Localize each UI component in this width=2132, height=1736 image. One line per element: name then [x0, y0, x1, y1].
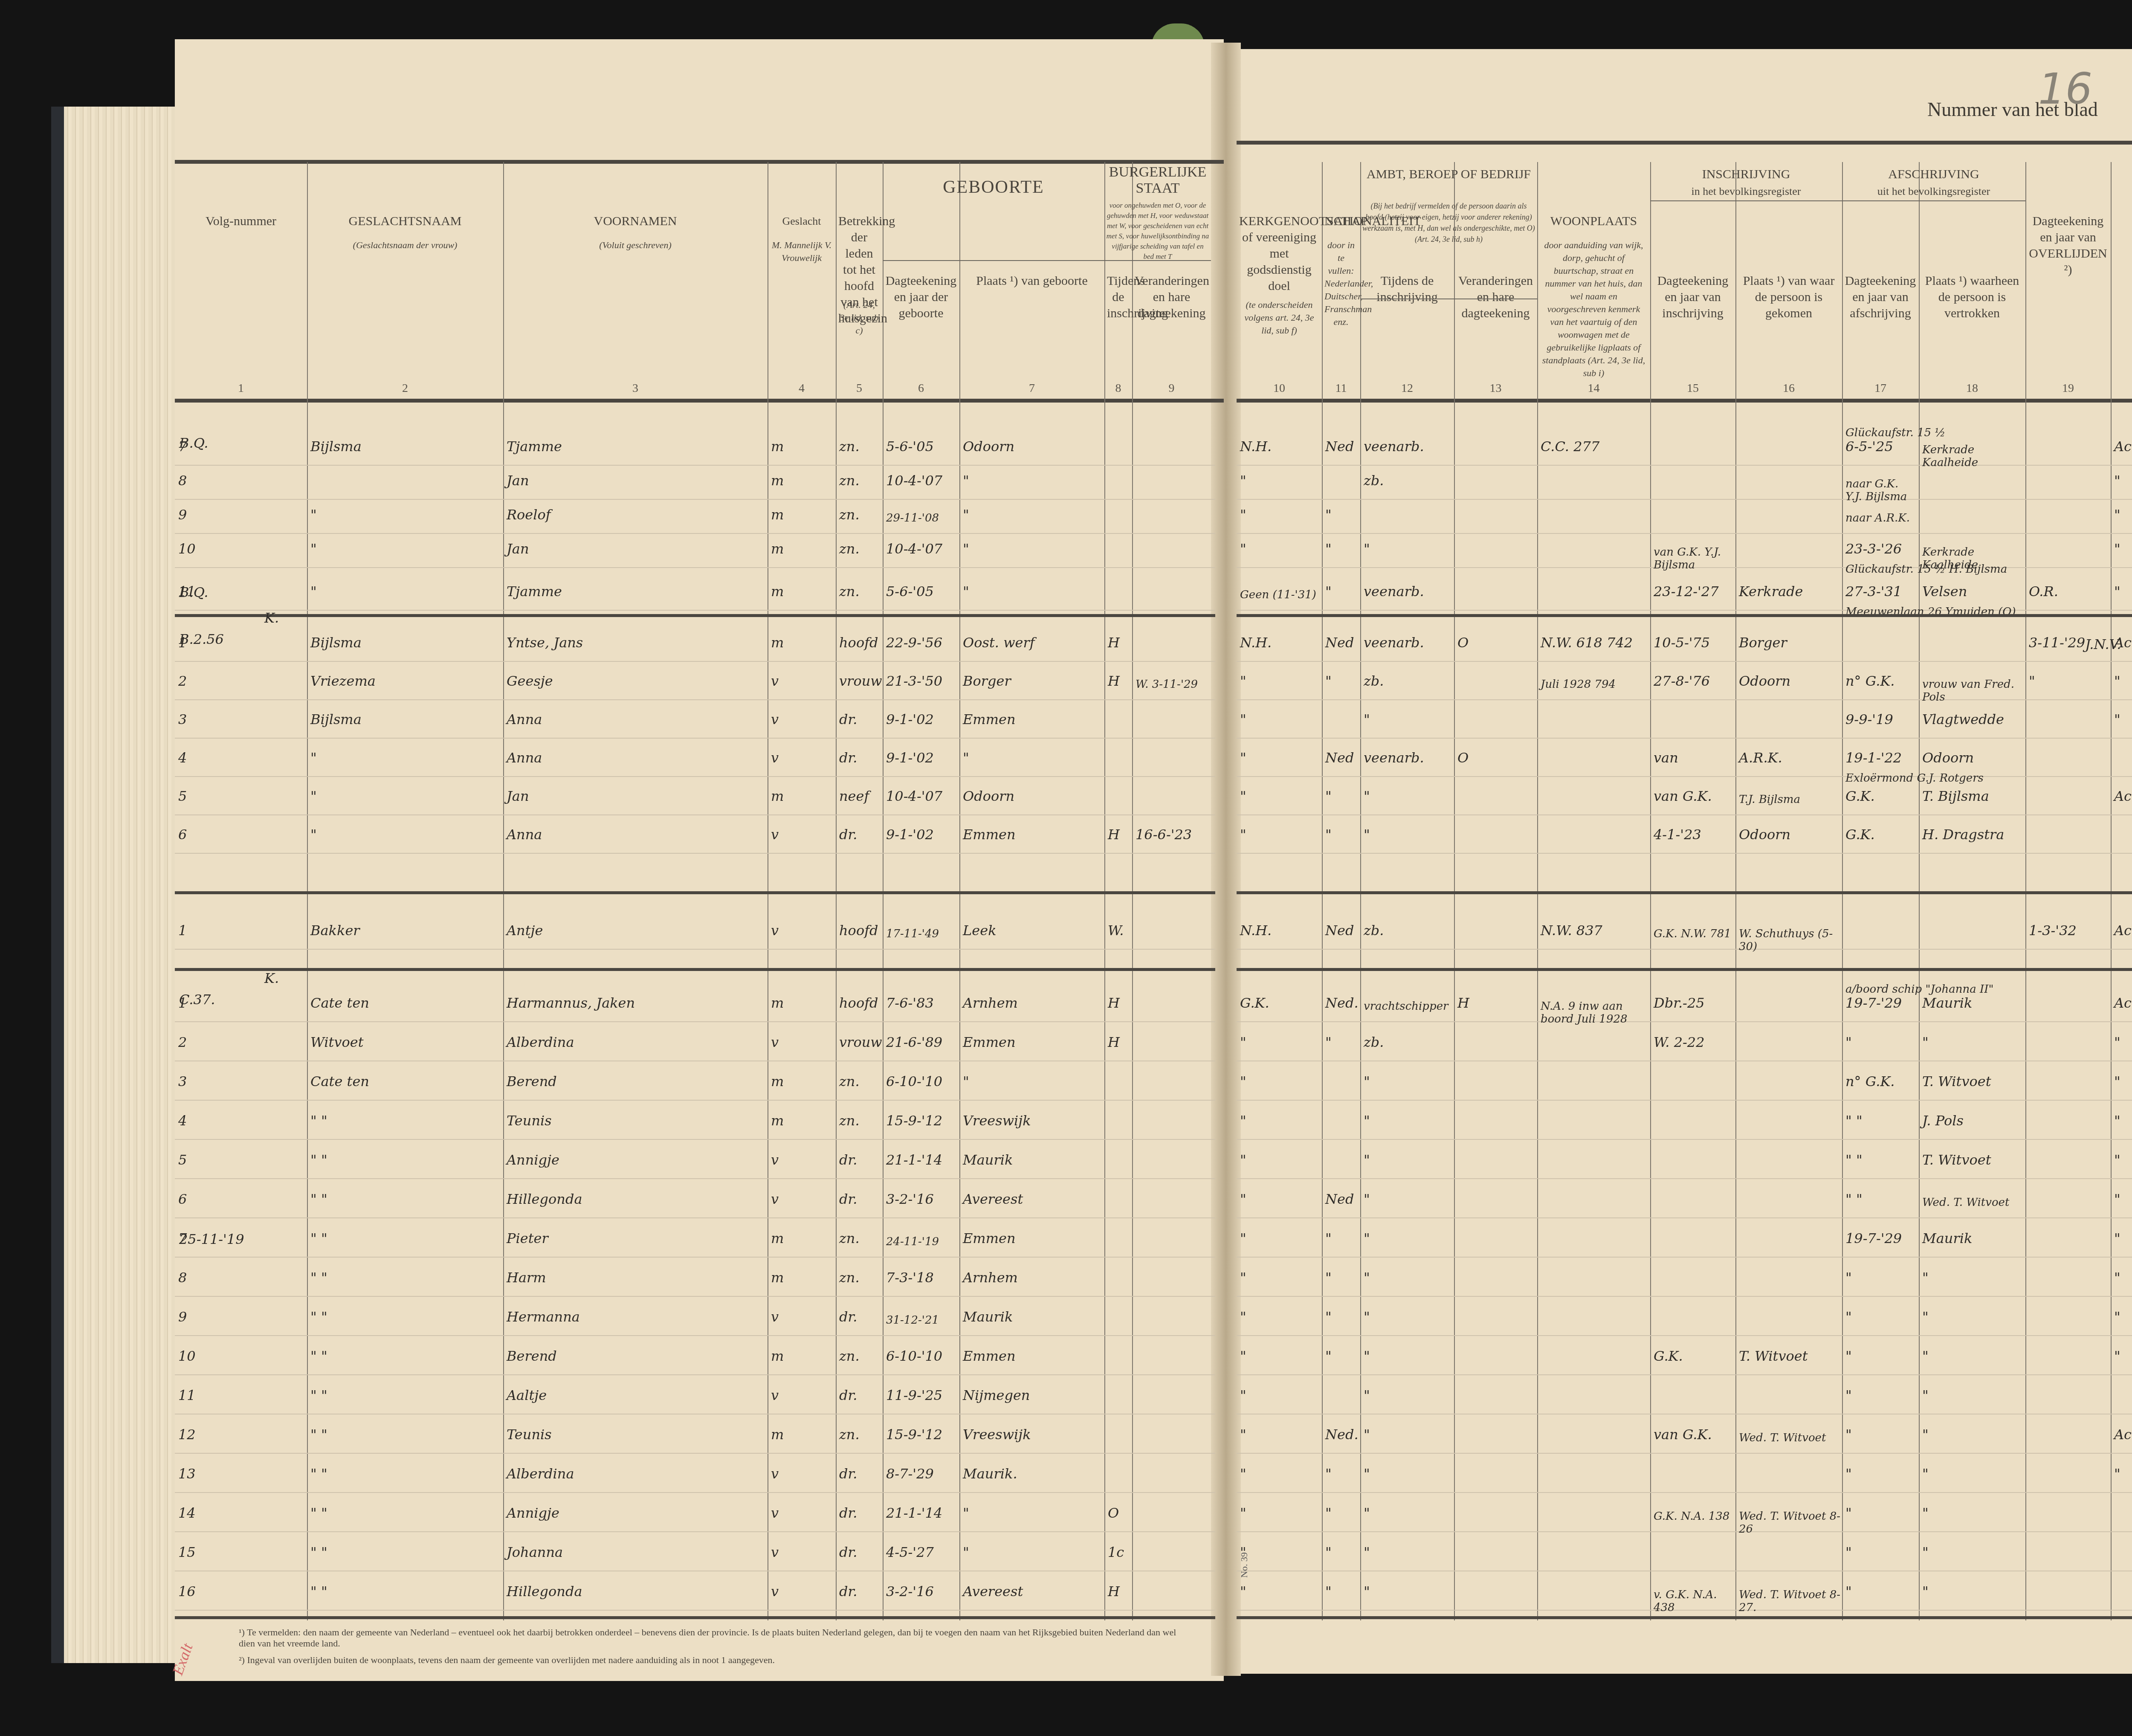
row-rule: [175, 1061, 1215, 1061]
cell-col-20: ": [2114, 1153, 2120, 1166]
row-rule: [1237, 949, 2132, 950]
cell-col-4: v: [771, 828, 779, 841]
cell-col-6: 29-11-'08: [886, 512, 939, 525]
cell-col-4: v: [771, 924, 779, 937]
cell-col-2: Cate ten: [310, 997, 369, 1009]
cell-col-18: ": [1922, 1507, 1929, 1519]
cell-col-1: 6: [178, 1193, 187, 1206]
cell-col-2: " ": [310, 1428, 327, 1441]
cell-col-12: ": [1364, 1075, 1370, 1088]
cell-col-4: m: [771, 1428, 784, 1441]
cell-col-4: m: [771, 997, 784, 1009]
cell-col-7: Maurik: [963, 1153, 1013, 1166]
cell-col-10: ": [1240, 1350, 1246, 1362]
cell-col-6: 15-9-'12: [886, 1114, 942, 1127]
row-rule: [175, 1335, 1215, 1336]
cell-col-6: 31-12-'21: [886, 1314, 939, 1327]
cell-col-10: ": [1240, 1036, 1246, 1049]
cell-col-5: dr.: [839, 751, 857, 764]
cell-col-12: ": [1364, 1585, 1370, 1598]
cell-col-7: ": [963, 542, 969, 555]
row-rule: [1237, 1178, 2132, 1179]
book-gutter: [1211, 43, 1241, 1676]
column-number: 16: [1735, 382, 1842, 395]
cell-col-6: 21-3-'50: [886, 675, 942, 687]
column-header-sub: (Art. 24, 5e lid): [2113, 239, 2132, 252]
cell-col-20: ": [2114, 713, 2120, 726]
cell-col-18: vrouw van Fred. Pols: [1922, 678, 2025, 704]
cell-col-3: Tjamme: [507, 440, 562, 453]
cell-col-17: 23-3-'26: [1845, 542, 1902, 555]
cell-col-20: Acc: [2114, 790, 2132, 803]
cell-col-7: ": [963, 474, 969, 487]
cell-col-18: ": [1922, 1389, 1929, 1402]
group-header-afschrijving: AFSCHRIJVING: [1842, 166, 2025, 183]
row-rule: [175, 499, 1215, 500]
cell-col-9: W. 3-11-'29: [1136, 678, 1198, 691]
cell-col-7: Emmen: [963, 713, 1016, 726]
cell-col-3: Roelof: [507, 508, 551, 521]
cell-note: Glückaufstr. 15 ½ H. Bijlsma: [1845, 563, 2007, 576]
cell-col-5: zn.: [839, 585, 860, 598]
cell-col-2: Bijlsma: [310, 713, 362, 726]
cell-col-5: dr.: [839, 713, 857, 726]
column-number: 11: [1322, 382, 1360, 395]
cell-col-16: Odoorn: [1739, 828, 1790, 841]
cell-col-2: Bakker: [310, 924, 360, 937]
row-rule: [175, 814, 1215, 815]
cell-col-2: ": [310, 828, 317, 841]
cell-col-5: hoofd: [839, 636, 878, 649]
cell-col-5: zn.: [839, 542, 860, 555]
cell-col-7: Emmen: [963, 1350, 1016, 1362]
cell-col-15: 4-1-'23: [1654, 828, 1701, 841]
cell-col-12: ": [1364, 1546, 1370, 1559]
cell-col-8: H: [1108, 1585, 1120, 1598]
cell-col-4: m: [771, 1232, 784, 1245]
cell-col-1: 10: [178, 1350, 196, 1362]
cell-col-4: m: [771, 585, 784, 598]
cell-col-4: v: [771, 713, 779, 726]
cell-col-16: A.R.K.: [1739, 751, 1782, 764]
cell-col-1: 7: [178, 440, 187, 453]
cell-col-4: m: [771, 508, 784, 521]
cell-col-7: Avereest: [963, 1193, 1023, 1206]
cell-col-1: 7: [178, 1232, 187, 1245]
cell-col-10: ": [1240, 1232, 1246, 1245]
cell-col-17: ": [1845, 1467, 1852, 1480]
row-rule: [175, 1492, 1215, 1493]
cell-col-3: Hermanna: [507, 1310, 580, 1323]
cell-col-17: 19-7-'29: [1845, 1232, 1902, 1245]
column-header-label: Geslacht: [770, 213, 833, 229]
cell-col-11: ": [1325, 828, 1332, 841]
cell-col-2: Cate ten: [310, 1075, 369, 1088]
row-rule: [175, 949, 1215, 950]
column-header-label: VOORNAMEN: [506, 213, 765, 229]
cell-col-3: Anna: [507, 828, 542, 841]
cell-col-10: N.H.: [1240, 924, 1272, 937]
cell-col-10: ": [1240, 1428, 1246, 1441]
cell-col-4: v: [771, 1310, 779, 1323]
cell-col-6: 9-1-'02: [886, 828, 934, 841]
column-number: 12: [1360, 382, 1454, 395]
cell-col-15: 10-5-'75: [1654, 636, 1710, 649]
cell-col-5: hoofd: [839, 924, 878, 937]
row-rule: [1237, 1021, 2132, 1022]
cell-col-16: Borger: [1739, 636, 1787, 649]
cell-col-20: Acc: [2114, 924, 2132, 937]
cell-col-10: ": [1240, 1193, 1246, 1206]
column-header-label: WOONPLAATS: [1540, 213, 1648, 229]
household-letter: K.: [264, 970, 279, 986]
cell-col-18: ": [1922, 1310, 1929, 1323]
cell-col-12: ": [1364, 1467, 1370, 1480]
cell-col-1: 10: [178, 542, 196, 555]
row-rule: [1237, 661, 2132, 662]
cell-col-7: Odoorn: [963, 440, 1014, 453]
cell-col-6: 21-1-'14: [886, 1153, 942, 1166]
cell-col-6: 5-6-'05: [886, 440, 934, 453]
cell-col-17: ": [1845, 1271, 1852, 1284]
cell-col-1: 5: [178, 790, 187, 803]
cell-col-15: van: [1654, 751, 1678, 764]
cell-col-10: ": [1240, 1153, 1246, 1166]
cell-col-7: ": [963, 508, 969, 521]
household-letter: K.: [264, 610, 279, 626]
cell-col-2: ": [310, 790, 317, 803]
cell-col-3: Antje: [507, 924, 543, 937]
cell-col-8: H: [1108, 675, 1120, 687]
column-number: 3: [503, 382, 768, 395]
column-header-label: Veranderingen en hare dagteekening: [1457, 273, 1535, 322]
cell-col-6: 3-2-'16: [886, 1193, 934, 1206]
table-bottom-rule: [1237, 1616, 2132, 1619]
cell-col-1: 12: [178, 1428, 196, 1441]
cell-col-6: 6-10-'10: [886, 1350, 942, 1362]
cell-col-18: Kerkrade Kaalheide: [1922, 443, 2025, 469]
cell-col-10: N.H.: [1240, 636, 1272, 649]
cell-col-10: Geen (11-'31): [1240, 588, 1316, 601]
cell-col-10: ": [1240, 474, 1246, 487]
cell-col-20: ": [2114, 1310, 2120, 1323]
cell-col-11: ": [1325, 1232, 1332, 1245]
cell-col-2: " ": [310, 1507, 327, 1519]
household-separator: [1237, 614, 2132, 617]
cell-col-4: m: [771, 1350, 784, 1362]
row-rule: [1237, 533, 2132, 534]
row-rule: [1237, 1414, 2132, 1414]
cell-col-18: ": [1922, 1428, 1929, 1441]
cell-col-5: dr.: [839, 1193, 857, 1206]
cell-col-2: " ": [310, 1546, 327, 1559]
cell-col-10: ": [1240, 1271, 1246, 1284]
cell-col-7: ": [963, 751, 969, 764]
group-header-inschrijving: INSCHRIJVING: [1650, 166, 1842, 183]
cell-col-11: ": [1325, 1585, 1332, 1598]
cell-col-5: zn.: [839, 1232, 860, 1245]
column-header-label: Volg-nummer: [177, 213, 304, 229]
cell-col-2: " ": [310, 1232, 327, 1245]
cell-col-12: ": [1364, 1271, 1370, 1284]
cell-col-18: ": [1922, 1467, 1929, 1480]
cell-col-17: 6-5-'25: [1845, 440, 1893, 453]
cell-col-17: 9-9-'19: [1845, 713, 1893, 726]
cell-col-11: ": [1325, 1350, 1332, 1362]
cell-col-12: vrachtschipper: [1364, 1000, 1448, 1013]
cell-col-17: 27-3-'31: [1845, 585, 1902, 598]
cell-col-18: Vlagtwedde: [1922, 713, 2004, 726]
cell-col-3: Geesje: [507, 675, 553, 687]
cell-col-6: 9-1-'02: [886, 713, 934, 726]
cell-col-18: ": [1922, 1036, 1929, 1049]
cell-col-11: ": [1325, 675, 1332, 687]
cell-col-12: ": [1364, 542, 1370, 555]
cell-col-4: m: [771, 440, 784, 453]
cell-col-3: Anna: [507, 713, 542, 726]
cell-note: Exloërmond G.J. Rotgers: [1845, 772, 1984, 785]
cell-col-8: 1c: [1108, 1546, 1124, 1559]
cell-col-7: Maurik: [963, 1310, 1013, 1323]
cell-col-2: " ": [310, 1193, 327, 1206]
cell-col-4: m: [771, 1075, 784, 1088]
cell-col-1: 2: [178, 1036, 187, 1049]
cell-col-17: naar G.K. Y.J. Bijlsma: [1845, 478, 1918, 503]
cell-col-14: N.A. 9 inw aan boord Juli 1928: [1541, 1000, 1649, 1026]
cell-col-5: zn.: [839, 508, 860, 521]
column-number: 6: [883, 382, 959, 395]
column-header-sub: (Voluit geschreven): [506, 239, 765, 252]
row-rule: [175, 699, 1215, 700]
cell-col-2: Bijlsma: [310, 440, 362, 453]
row-rule: [1237, 738, 2132, 739]
row-rule: [175, 776, 1215, 777]
cell-col-12: ": [1364, 1428, 1370, 1441]
column-header-label: Dagteekening en jaar van OVERLIJDEN ²): [2028, 213, 2108, 278]
table-bottom-rule: [175, 1616, 1215, 1619]
cell-col-3: Harmannus, Jaken: [507, 997, 635, 1009]
cell-col-1: 3: [178, 1075, 187, 1088]
cell-col-4: m: [771, 636, 784, 649]
cell-col-8: H: [1108, 1036, 1120, 1049]
cell-col-5: dr.: [839, 1507, 857, 1519]
row-rule: [1237, 499, 2132, 500]
cell-col-1: 5: [178, 1153, 187, 1166]
cell-col-3: Harm: [507, 1271, 546, 1284]
cell-col-18: H. Dragstra: [1922, 828, 2004, 841]
column-header-label: Plaats ¹) van geboorte: [962, 273, 1102, 289]
cell-col-5: dr.: [839, 1546, 857, 1559]
cell-col-11: ": [1325, 1546, 1332, 1559]
group-rule: [883, 260, 1104, 261]
cell-col-11: Ned: [1325, 924, 1354, 937]
cell-col-1: 8: [178, 1271, 187, 1284]
footnote-2: ²) Ingeval van overlijden buiten de woon…: [239, 1655, 1177, 1666]
cell-col-7: Maurik.: [963, 1467, 1017, 1480]
cell-col-12: ": [1364, 1350, 1370, 1362]
cell-col-20: ": [2114, 474, 2120, 487]
cell-col-12: zb.: [1364, 924, 1384, 937]
column-number: 20: [2111, 382, 2132, 395]
cell-col-15: 27-8-'76: [1654, 675, 1710, 687]
cell-col-3: Jan: [507, 542, 529, 555]
column-header-label: AANMERKINGEN: [2113, 213, 2132, 229]
cell-col-7: Avereest: [963, 1585, 1023, 1598]
row-rule: [1237, 1100, 2132, 1101]
cell-col-7: ": [963, 1507, 969, 1519]
cell-col-11: ": [1325, 790, 1332, 803]
cell-col-10: ": [1240, 828, 1246, 841]
cell-col-5: dr.: [839, 1389, 857, 1402]
sheet-number-pencil: 16: [2038, 64, 2092, 114]
row-rule: [1237, 1139, 2132, 1140]
column-header-label: Veranderingen en hare dagteekening: [1135, 273, 1208, 322]
cell-col-6: 10-4-'07: [886, 790, 942, 803]
column-number: 5: [836, 382, 883, 395]
cell-col-7: Emmen: [963, 1036, 1016, 1049]
cell-col-7: Leek: [963, 924, 996, 937]
cell-col-1: 11: [178, 1389, 196, 1402]
cell-col-12: zb.: [1364, 675, 1384, 687]
row-rule: [175, 1374, 1215, 1375]
cell-col-17: ": [1845, 1310, 1852, 1323]
cell-col-1: 1: [178, 997, 187, 1009]
cell-col-3: Hillegonda: [507, 1193, 582, 1206]
cell-col-17: n° G.K.: [1845, 675, 1894, 687]
cell-col-4: m: [771, 1114, 784, 1127]
cell-col-12: ": [1364, 828, 1370, 841]
cell-col-20: ": [2114, 1350, 2120, 1362]
cell-col-2: " ": [310, 1467, 327, 1480]
cell-col-5: zn.: [839, 1271, 860, 1284]
cell-col-4: m: [771, 474, 784, 487]
cell-col-7: Emmen: [963, 828, 1016, 841]
column-header-sub: M. Mannelijk V. Vrouwelijk: [770, 239, 833, 264]
cell-note: a/boord schip "Johanna II": [1845, 983, 1993, 996]
cell-col-16: Wed. T. Witvoet: [1739, 1432, 1826, 1444]
column-number: 4: [768, 382, 836, 395]
cell-col-3: Aaltje: [507, 1389, 547, 1402]
cell-col-5: dr.: [839, 1585, 857, 1598]
row-rule: [175, 1296, 1215, 1297]
cell-col-18: Maurik: [1922, 1232, 1972, 1245]
column-number: 15: [1650, 382, 1735, 395]
cell-col-15: van G.K. Y.J. Bijlsma: [1654, 546, 1735, 571]
row-rule: [175, 1139, 1215, 1140]
cell-col-6: 22-9-'56: [886, 636, 942, 649]
cell-col-2: ": [310, 508, 317, 521]
row-rule: [175, 533, 1215, 534]
cell-col-13: O: [1457, 751, 1469, 764]
cell-col-18: T. Bijlsma: [1922, 790, 1989, 803]
cell-col-15: van G.K.: [1654, 790, 1712, 803]
column-header-label: Dagteekening en jaar van inschrijving: [1653, 273, 1733, 322]
cell-col-17: G.K.: [1845, 828, 1875, 841]
cell-col-7: Emmen: [963, 1232, 1016, 1245]
afschrijving-sub: uit het bevolkingsregister: [1842, 183, 2025, 200]
cell-col-11: Ned: [1325, 636, 1354, 649]
cell-col-5: dr.: [839, 1467, 857, 1480]
cell-col-15: Dbr.-25: [1654, 997, 1705, 1009]
cell-col-6: 8-7-'29: [886, 1467, 934, 1480]
row-rule: [175, 1178, 1215, 1179]
column-number: 7: [959, 382, 1104, 395]
group-header-burgerlijke-staat: BURGERLIJKE STAAT: [1104, 164, 1211, 197]
cell-col-6: 9-1-'02: [886, 751, 934, 764]
cell-col-10: ": [1240, 713, 1246, 726]
cell-col-1: 9: [178, 508, 187, 521]
cell-col-5: dr.: [839, 1310, 857, 1323]
cell-col-10: ": [1240, 508, 1246, 521]
group-rule: [1842, 200, 2025, 201]
row-margin-ref: 25-11-'19: [179, 1231, 244, 1247]
cell-col-11: ": [1325, 1310, 1332, 1323]
cell-col-2: " ": [310, 1585, 327, 1598]
household-separator: [1237, 891, 2132, 894]
cell-col-15: G.K. N.A. 138: [1654, 1510, 1729, 1523]
cell-col-1: 13: [178, 1467, 196, 1480]
cell-col-1: 1: [178, 924, 187, 937]
household-separator: [175, 891, 1215, 894]
cell-col-2: ": [310, 542, 317, 555]
cell-col-15: van G.K.: [1654, 1428, 1712, 1441]
cell-col-5: zn.: [839, 1075, 860, 1088]
column-header-label: Tijdens de inschrijving: [1107, 273, 1130, 322]
row-rule: [1237, 776, 2132, 777]
cell-col-12: ": [1364, 1507, 1370, 1519]
cell-col-6: 21-1-'14: [886, 1507, 942, 1519]
cell-note: Glückaufstr. 15 ½: [1845, 426, 1945, 439]
cell-col-17: ": [1845, 1507, 1852, 1519]
cell-col-12: ": [1364, 1310, 1370, 1323]
household-separator: [1237, 968, 2132, 971]
cell-col-1: 14: [178, 1507, 196, 1519]
cell-col-11: ": [1325, 1271, 1332, 1284]
column-header-sub: door aanduiding van wijk, dorp, gehucht …: [1540, 239, 1648, 380]
cell-col-16: Wed. T. Witvoet 8-26: [1739, 1510, 1841, 1536]
cell-col-3: Teunis: [507, 1114, 552, 1127]
cell-col-16: Wed. T. Witvoet 8-27.: [1739, 1588, 1841, 1614]
cell-col-7: ": [963, 585, 969, 598]
header-top-rule-right: [1237, 141, 2132, 145]
group-rule: [1650, 200, 1842, 201]
cell-col-1: 2: [178, 675, 187, 687]
cell-col-12: ": [1364, 1389, 1370, 1402]
row-rule: [1237, 853, 2132, 854]
form-stamp: No. 39: [1239, 1552, 1250, 1578]
cell-col-7: Nijmegen: [963, 1389, 1030, 1402]
cell-col-7: ": [963, 1546, 969, 1559]
cell-col-17: 19-7-'29: [1845, 997, 1902, 1009]
cell-col-7: Arnhem: [963, 997, 1018, 1009]
cell-col-20: ": [2114, 508, 2120, 521]
cell-col-18: ": [1922, 1546, 1929, 1559]
row-rule: [175, 738, 1215, 739]
row-rule: [1237, 1492, 2132, 1493]
cell-col-1: 16: [178, 1585, 196, 1598]
cell-col-7: Odoorn: [963, 790, 1014, 803]
burgerlijke-staat-note: voor ongehuwden met O, voor de gehuwden …: [1106, 200, 1209, 262]
cell-col-20: Acc: [2114, 997, 2132, 1009]
cell-col-3: Jan: [507, 790, 529, 803]
cell-col-15: G.K.: [1654, 1350, 1683, 1362]
cell-col-4: v: [771, 1389, 779, 1402]
cell-col-3: Pieter: [507, 1232, 548, 1245]
column-number: 2: [307, 382, 503, 395]
cell-col-4: v: [771, 675, 779, 687]
cell-col-16: T.J. Bijlsma: [1739, 793, 1800, 806]
cell-col-5: zn.: [839, 440, 860, 453]
